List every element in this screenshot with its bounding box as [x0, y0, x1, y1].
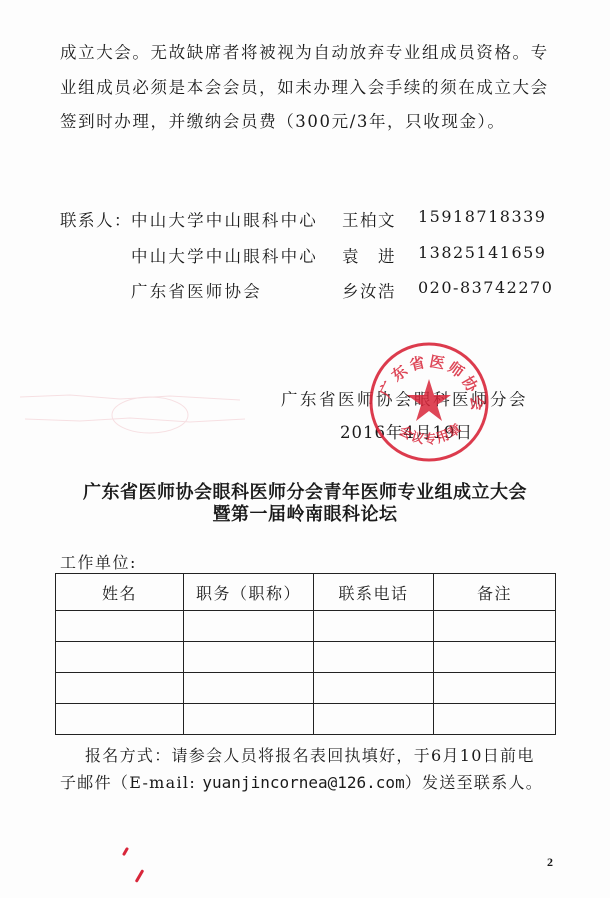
contact-organization: 中山大学中山眼科中心: [131, 243, 318, 267]
contact-phone: 020-83742270: [418, 278, 553, 297]
cell-phone[interactable]: [314, 642, 434, 673]
cell-position[interactable]: [184, 673, 314, 704]
instructions-suffix: ）发送至联系人。: [405, 773, 543, 792]
table-row: [56, 704, 556, 735]
header-phone: 联系电话: [314, 574, 434, 611]
contact-phone: 15918718339: [418, 207, 546, 226]
ink-mark: [135, 869, 145, 883]
registration-instructions-line2: 子邮件（E-mail: yuanjincornea@126.com）发送至联系人…: [60, 770, 543, 793]
table-row: [56, 642, 556, 673]
header-name: 姓名: [56, 574, 184, 611]
form-title-line2: 暨第一届岭南眼科论坛: [0, 500, 610, 526]
cell-remarks[interactable]: [434, 642, 556, 673]
cell-remarks[interactable]: [434, 673, 556, 704]
header-position: 职务（职称）: [184, 574, 314, 611]
contact-organization: 中山大学中山眼科中心: [131, 207, 318, 231]
contact-phone: 13825141659: [418, 243, 546, 262]
paragraph-line: 签到时办理，并缴纳会员费（300元/3年，只收现金）。: [60, 111, 506, 133]
cell-name[interactable]: [56, 704, 184, 735]
document-page: 成立大会。无故缺席者将被视为自动放弃专业组成员资格。专 业组成员必须是本会会员，…: [0, 0, 610, 898]
cell-name[interactable]: [56, 611, 184, 642]
cell-position[interactable]: [184, 611, 314, 642]
signature-organization: 广东省医师协会眼科医师分会: [281, 386, 528, 410]
paragraph-line: 业组成员必须是本会会员，如未办理入会手续的须在成立大会: [60, 77, 549, 99]
contact-organization: 广东省医师协会: [131, 278, 262, 302]
instructions-prefix: 子邮件（E-mail:: [60, 773, 202, 792]
contact-name: 乡汝浩: [342, 278, 396, 302]
cell-position[interactable]: [184, 642, 314, 673]
paragraph-line: 成立大会。无故缺席者将被视为自动放弃专业组成员资格。专: [60, 42, 549, 64]
ink-mark: [122, 847, 129, 856]
contact-name: 王柏文: [342, 207, 396, 231]
cell-phone[interactable]: [314, 704, 434, 735]
cell-remarks[interactable]: [434, 611, 556, 642]
registration-instructions-line1: 报名方式：请参会人员将报名表回执填好，于6月10日前电: [85, 743, 535, 766]
cell-name[interactable]: [56, 673, 184, 704]
contacts-label: 联系人：: [60, 207, 132, 231]
header-remarks: 备注: [434, 574, 556, 611]
contact-email-link[interactable]: yuanjincornea@126.com: [202, 773, 404, 792]
work-unit-label: 工作单位:: [60, 550, 137, 573]
contact-name: 袁 进: [342, 243, 396, 267]
ghost-stamp-mark: [10, 385, 250, 435]
signature-date: 2016年4月19日: [340, 419, 473, 443]
page-number: 2: [547, 855, 553, 870]
table-row: [56, 673, 556, 704]
registration-table: 姓名 职务（职称） 联系电话 备注: [55, 573, 556, 735]
cell-remarks[interactable]: [434, 704, 556, 735]
table-header-row: 姓名 职务（职称） 联系电话 备注: [56, 574, 556, 611]
cell-name[interactable]: [56, 642, 184, 673]
cell-phone[interactable]: [314, 673, 434, 704]
cell-position[interactable]: [184, 704, 314, 735]
table-row: [56, 611, 556, 642]
cell-phone[interactable]: [314, 611, 434, 642]
